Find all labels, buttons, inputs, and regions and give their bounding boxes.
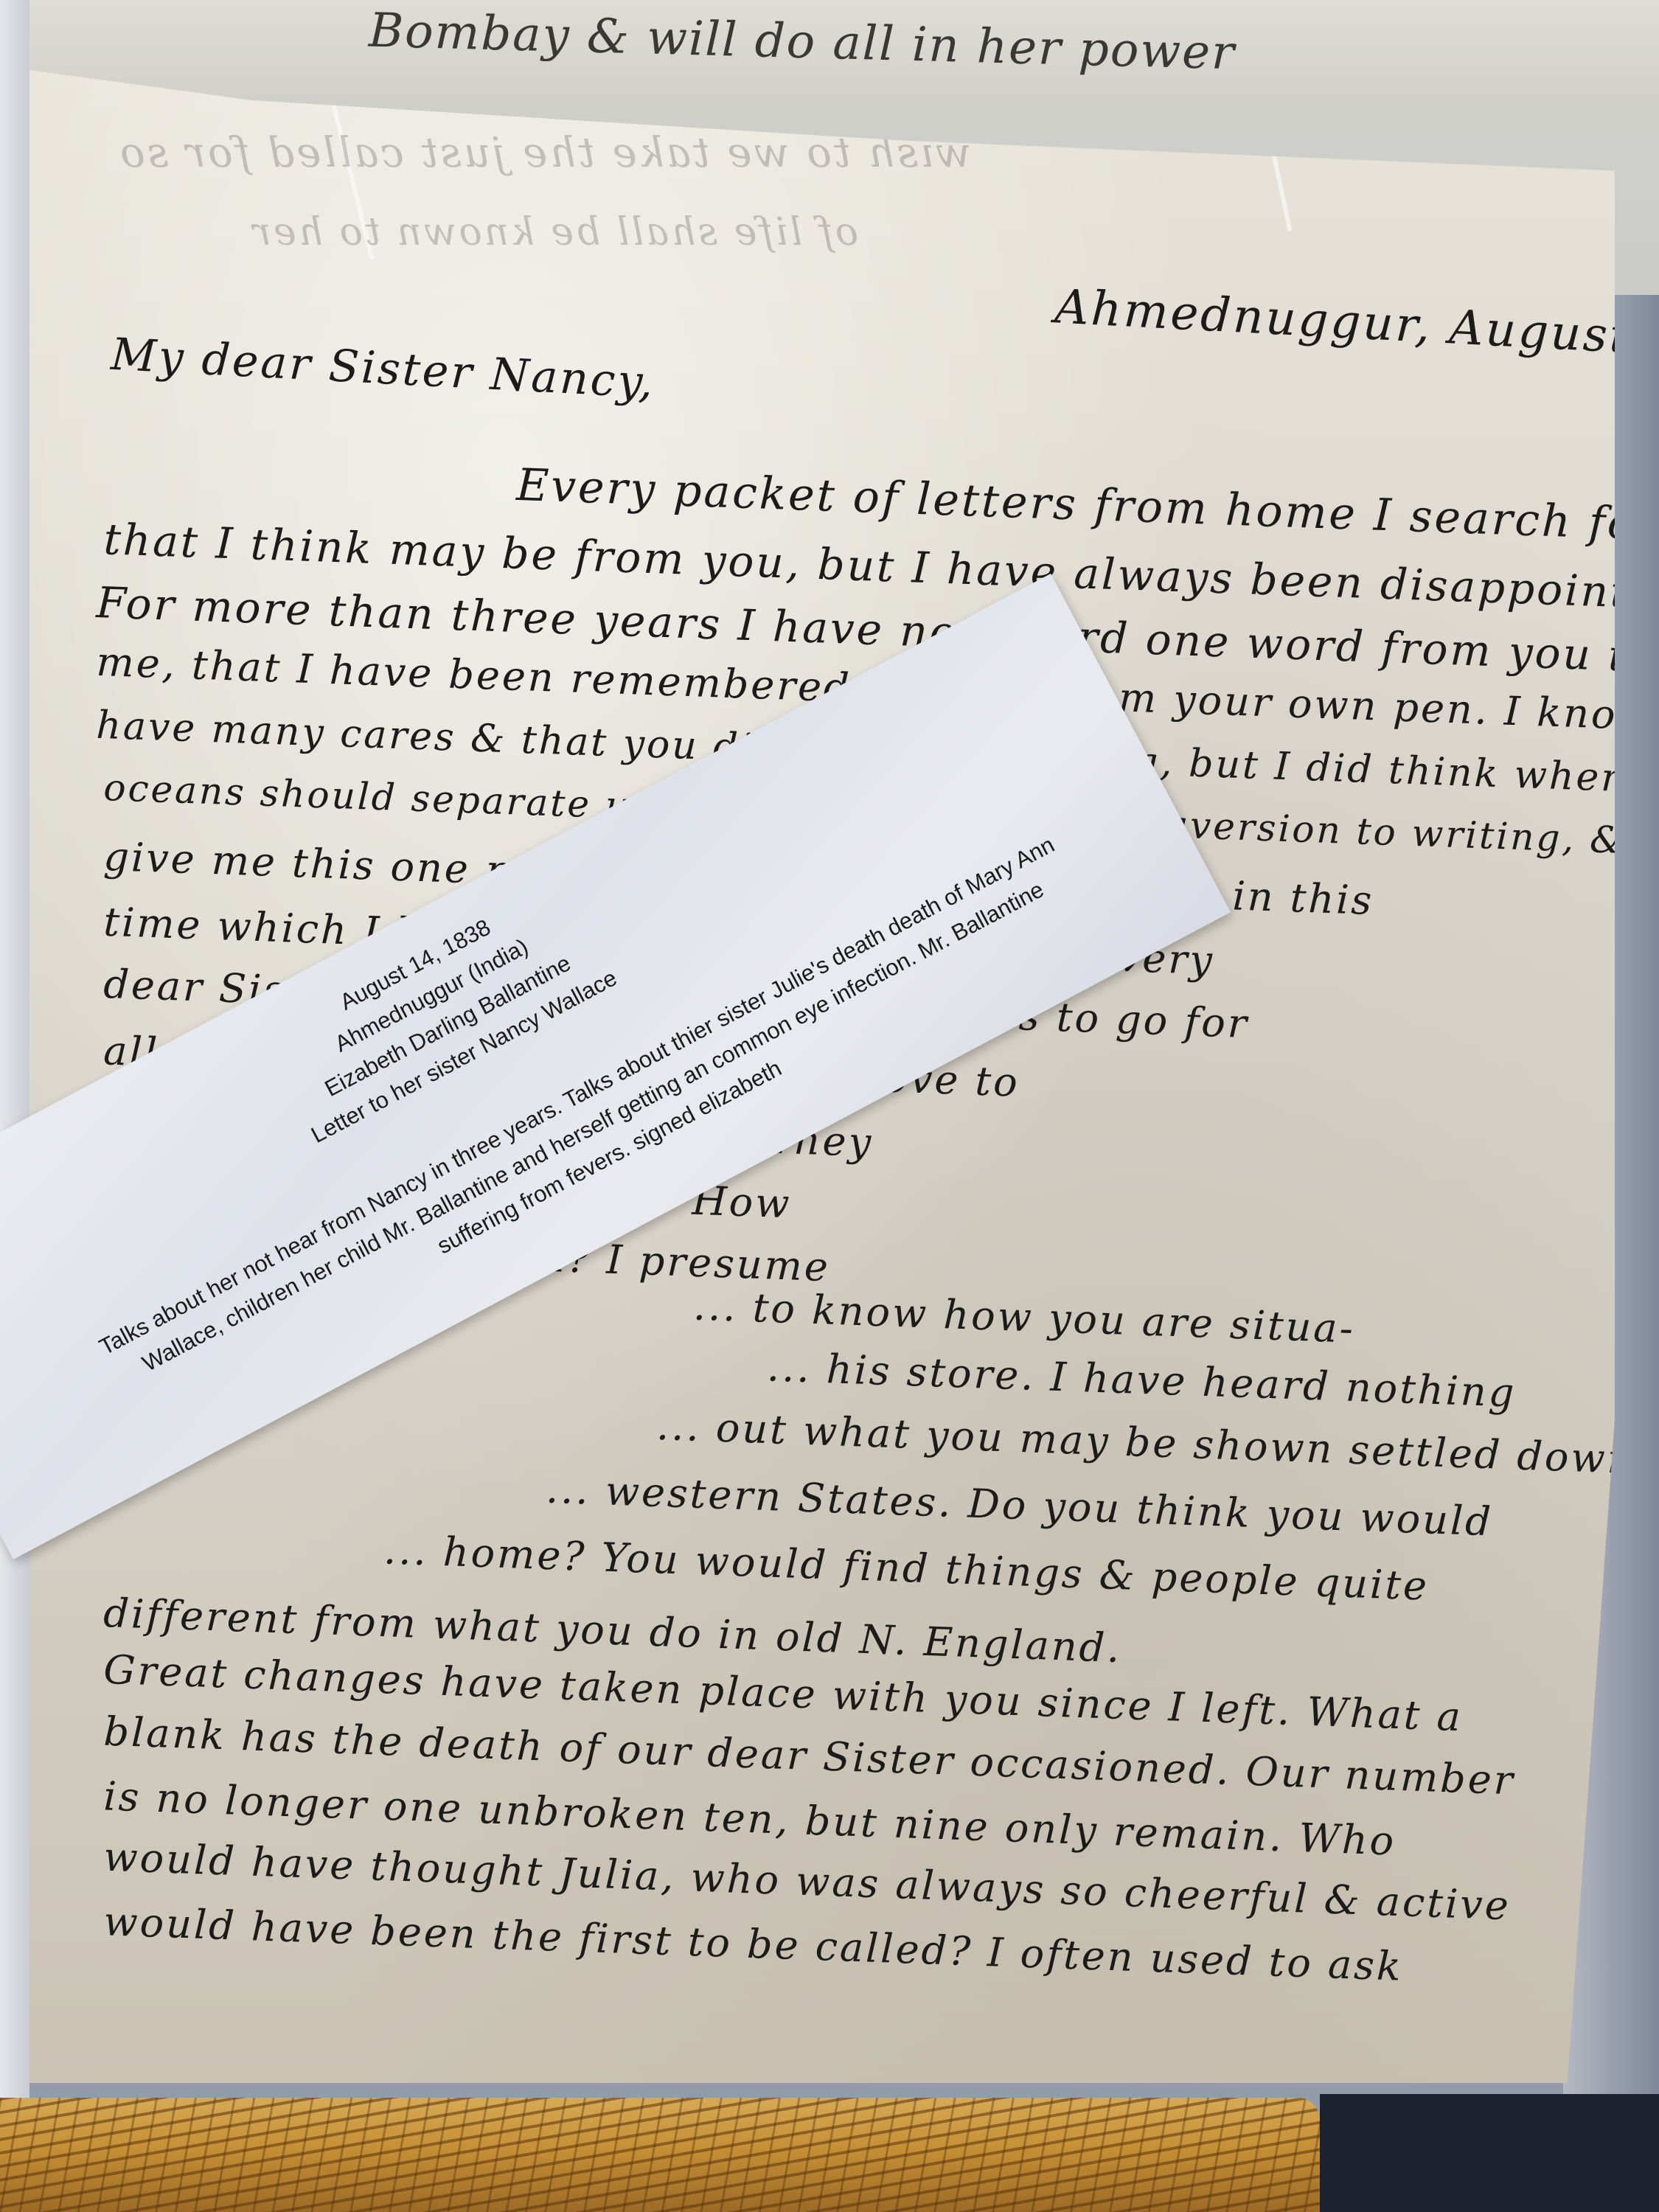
letter-line: ... home? You would find things & people… [383, 1526, 1430, 1609]
bleed-through-text: of life shall be known to her [251, 210, 858, 254]
letter-line: ... western States. Do you think you wou… [545, 1466, 1494, 1545]
dark-background [1320, 2094, 1659, 2212]
underlying-page: Bombay & will do all in her power [0, 0, 1659, 96]
letter-salutation: My dear Sister Nancy, [110, 329, 656, 409]
underlying-page-text: Bombay & will do all in her power [368, 4, 1236, 81]
letter-place-date: Ahmednuggur, August 14, 1 [1054, 279, 1659, 372]
plastic-sleeve-edge [0, 0, 29, 2101]
letter-line: ... his store. I have heard nothing [766, 1343, 1517, 1416]
wooden-stand [0, 2098, 1320, 2212]
letter-line: ... to know how you are situa- [692, 1282, 1356, 1352]
